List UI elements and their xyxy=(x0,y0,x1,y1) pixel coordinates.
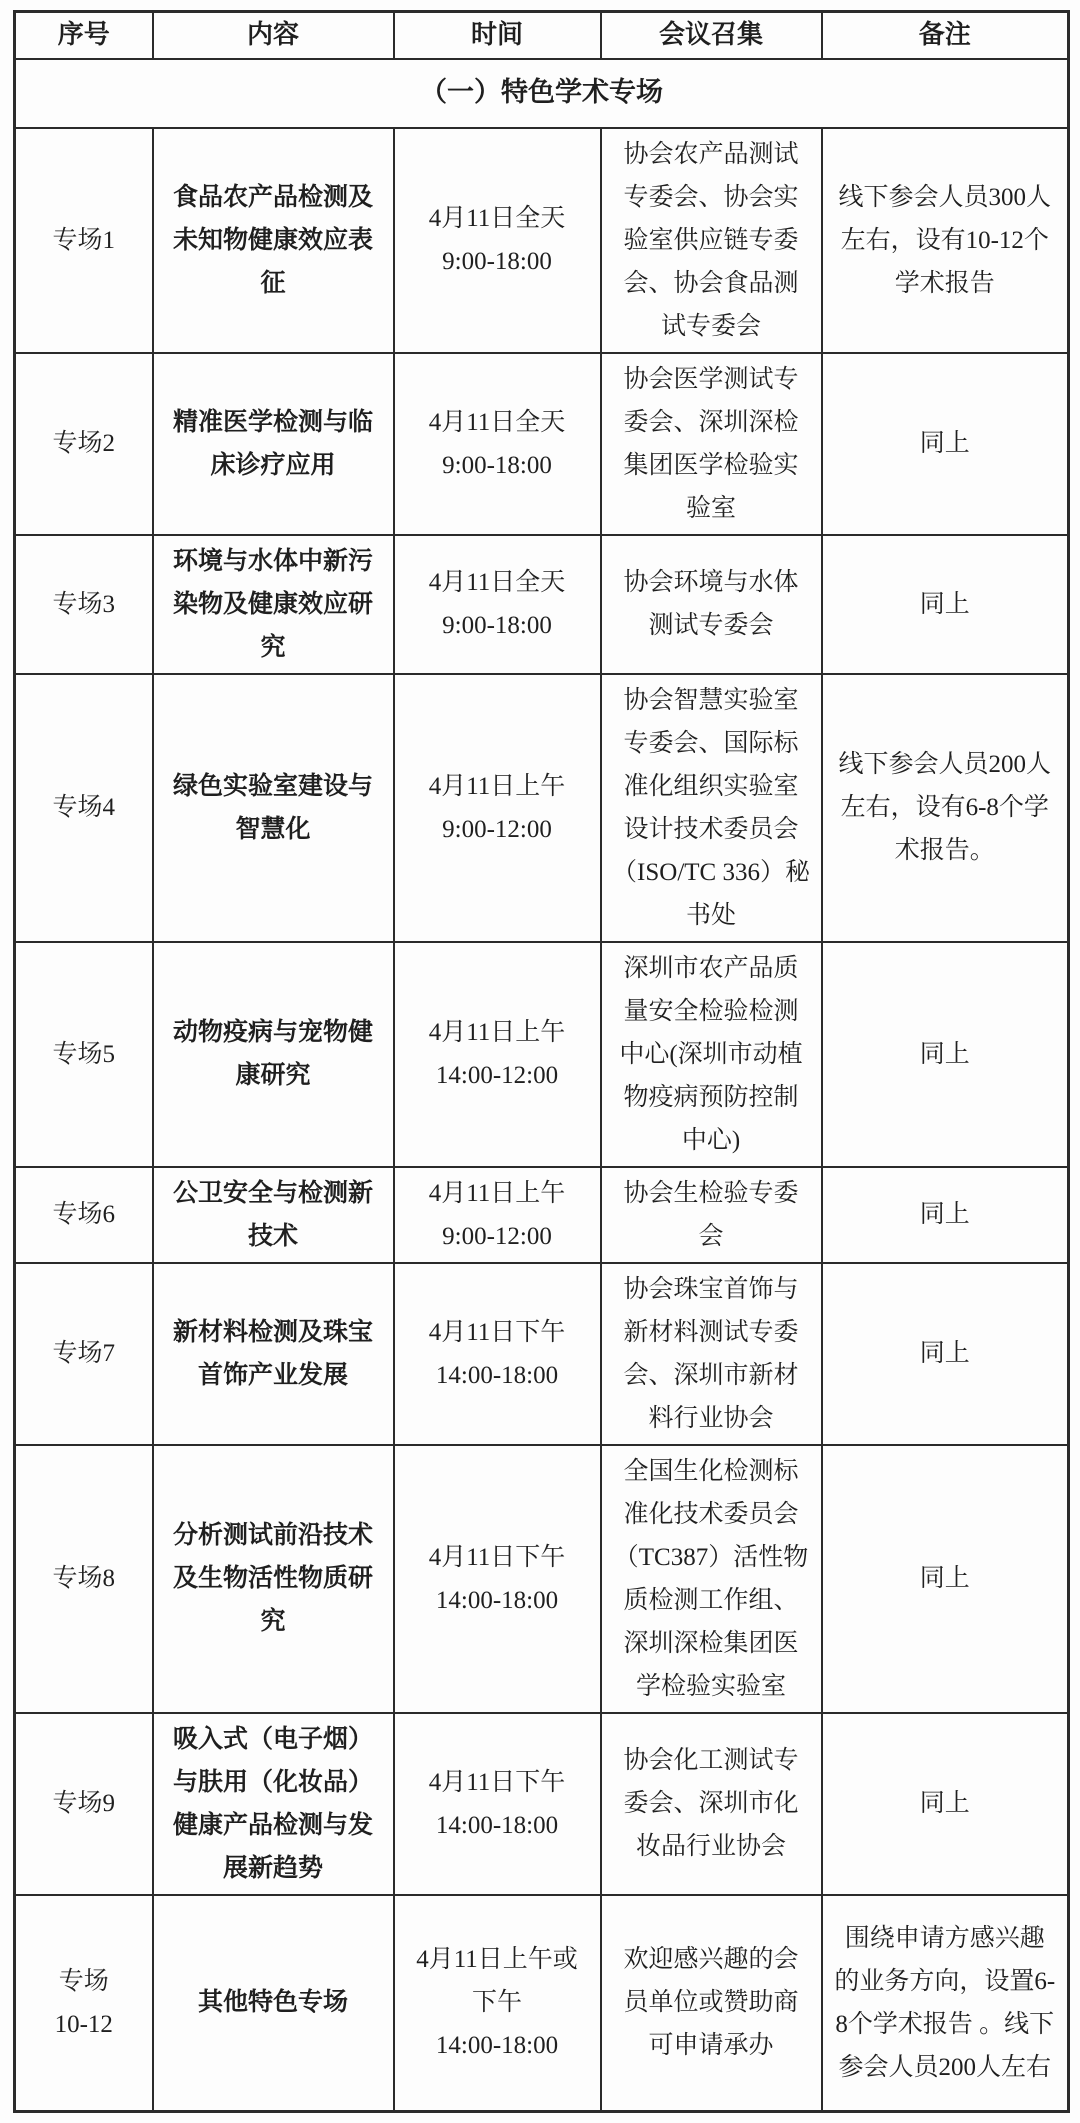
session-id-cell: 专场1 xyxy=(15,128,153,353)
table-row: 专场7 新材料检测及珠宝首饰产业发展 4月11日下午 14:00-18:00 协… xyxy=(15,1263,1069,1445)
table-row: 专场4 绿色实验室建设与智慧化 4月11日上午 9:00-12:00 协会智慧实… xyxy=(15,674,1069,942)
session-note-cell: 线下参会人员300人左右，设有10-12个学术报告 xyxy=(822,128,1069,353)
session-convener-cell: 协会农产品测试专委会、协会实验室供应链专委会、协会食品测试专委会 xyxy=(601,128,822,353)
session-convener-cell: 协会生检验专委会 xyxy=(601,1167,822,1263)
table-row: 专场8 分析测试前沿技术及生物活性物质研究 4月11日下午 14:00-18:0… xyxy=(15,1445,1069,1713)
table-row: 专场2 精准医学检测与临床诊疗应用 4月11日全天 9:00-18:00 协会医… xyxy=(15,353,1069,535)
schedule-table: 序号 内容 时间 会议召集 备注 （一）特色学术专场 专场1 食品农产品检测及未… xyxy=(13,10,1070,2113)
session-id-cell: 专场5 xyxy=(15,942,153,1167)
session-note-cell: 同上 xyxy=(822,535,1069,674)
session-convener-cell: 协会珠宝首饰与新材料测试专委会、深圳市新材料行业协会 xyxy=(601,1263,822,1445)
table-row: 专场9 吸入式（电子烟）与肤用（化妆品）健康产品检测与发展新趋势 4月11日下午… xyxy=(15,1713,1069,1895)
session-id-cell: 专场3 xyxy=(15,535,153,674)
header-cell-seq: 序号 xyxy=(15,12,153,59)
session-note-cell: 围绕申请方感兴趣的业务方向，设置6-8个学术报告 。线下参会人员200人左右 xyxy=(822,1895,1069,2112)
session-convener-cell: 协会智慧实验室专委会、国际标准化组织实验室设计技术委员会（ISO/TC 336）… xyxy=(601,674,822,942)
session-time-cell: 4月11日全天 9:00-18:00 xyxy=(394,535,601,674)
session-content-cell: 分析测试前沿技术及生物活性物质研究 xyxy=(153,1445,394,1713)
session-convener-cell: 协会医学测试专委会、深圳深检集团医学检验实验室 xyxy=(601,353,822,535)
session-id-cell: 专场7 xyxy=(15,1263,153,1445)
table-body: 专场1 食品农产品检测及未知物健康效应表征 4月11日全天 9:00-18:00… xyxy=(15,128,1069,2112)
session-note-cell: 同上 xyxy=(822,1713,1069,1895)
session-note-cell: 线下参会人员200人左右，设有6-8个学术报告。 xyxy=(822,674,1069,942)
session-note-cell: 同上 xyxy=(822,353,1069,535)
table-row: 专场 10-12 其他特色专场 4月11日上午或 下午 14:00-18:00 … xyxy=(15,1895,1069,2112)
session-content-cell: 动物疫病与宠物健康研究 xyxy=(153,942,394,1167)
session-note-cell: 同上 xyxy=(822,1167,1069,1263)
session-time-cell: 4月11日下午 14:00-18:00 xyxy=(394,1263,601,1445)
header-cell-content: 内容 xyxy=(153,12,394,59)
table-row: 专场6 公卫安全与检测新技术 4月11日上午 9:00-12:00 协会生检验专… xyxy=(15,1167,1069,1263)
section-title: （一）特色学术专场 xyxy=(15,59,1069,128)
session-id-cell: 专场8 xyxy=(15,1445,153,1713)
document-page: 序号 内容 时间 会议召集 备注 （一）特色学术专场 专场1 食品农产品检测及未… xyxy=(0,0,1080,2123)
session-time-cell: 4月11日上午 14:00-12:00 xyxy=(394,942,601,1167)
session-content-cell: 其他特色专场 xyxy=(153,1895,394,2112)
session-time-cell: 4月11日全天 9:00-18:00 xyxy=(394,128,601,353)
session-content-cell: 环境与水体中新污染物及健康效应研究 xyxy=(153,535,394,674)
session-id-cell: 专场2 xyxy=(15,353,153,535)
header-row: 序号 内容 时间 会议召集 备注 xyxy=(15,12,1069,59)
session-time-cell: 4月11日上午 9:00-12:00 xyxy=(394,674,601,942)
header-cell-convener: 会议召集 xyxy=(601,12,822,59)
session-content-cell: 新材料检测及珠宝首饰产业发展 xyxy=(153,1263,394,1445)
session-id-cell: 专场4 xyxy=(15,674,153,942)
session-id-cell: 专场 10-12 xyxy=(15,1895,153,2112)
session-id-cell: 专场6 xyxy=(15,1167,153,1263)
session-time-cell: 4月11日下午 14:00-18:00 xyxy=(394,1713,601,1895)
session-time-cell: 4月11日上午或 下午 14:00-18:00 xyxy=(394,1895,601,2112)
session-note-cell: 同上 xyxy=(822,942,1069,1167)
session-content-cell: 吸入式（电子烟）与肤用（化妆品）健康产品检测与发展新趋势 xyxy=(153,1713,394,1895)
session-time-cell: 4月11日下午 14:00-18:00 xyxy=(394,1445,601,1713)
session-convener-cell: 全国生化检测标准化技术委员会（TC387）活性物质检测工作组、深圳深检集团医学检… xyxy=(601,1445,822,1713)
session-convener-cell: 协会环境与水体测试专委会 xyxy=(601,535,822,674)
session-time-cell: 4月11日上午 9:00-12:00 xyxy=(394,1167,601,1263)
header-cell-time: 时间 xyxy=(394,12,601,59)
session-convener-cell: 欢迎感兴趣的会员单位或赞助商可申请承办 xyxy=(601,1895,822,2112)
header-cell-note: 备注 xyxy=(822,12,1069,59)
table-row: 专场3 环境与水体中新污染物及健康效应研究 4月11日全天 9:00-18:00… xyxy=(15,535,1069,674)
table-row: 专场1 食品农产品检测及未知物健康效应表征 4月11日全天 9:00-18:00… xyxy=(15,128,1069,353)
section-title-row: （一）特色学术专场 xyxy=(15,59,1069,128)
session-note-cell: 同上 xyxy=(822,1445,1069,1713)
session-content-cell: 公卫安全与检测新技术 xyxy=(153,1167,394,1263)
session-time-cell: 4月11日全天 9:00-18:00 xyxy=(394,353,601,535)
session-convener-cell: 深圳市农产品质量安全检验检测中心(深圳市动植物疫病预防控制中心) xyxy=(601,942,822,1167)
table-row: 专场5 动物疫病与宠物健康研究 4月11日上午 14:00-12:00 深圳市农… xyxy=(15,942,1069,1167)
session-content-cell: 绿色实验室建设与智慧化 xyxy=(153,674,394,942)
session-note-cell: 同上 xyxy=(822,1263,1069,1445)
session-convener-cell: 协会化工测试专委会、深圳市化妆品行业协会 xyxy=(601,1713,822,1895)
session-id-cell: 专场9 xyxy=(15,1713,153,1895)
session-content-cell: 精准医学检测与临床诊疗应用 xyxy=(153,353,394,535)
session-content-cell: 食品农产品检测及未知物健康效应表征 xyxy=(153,128,394,353)
